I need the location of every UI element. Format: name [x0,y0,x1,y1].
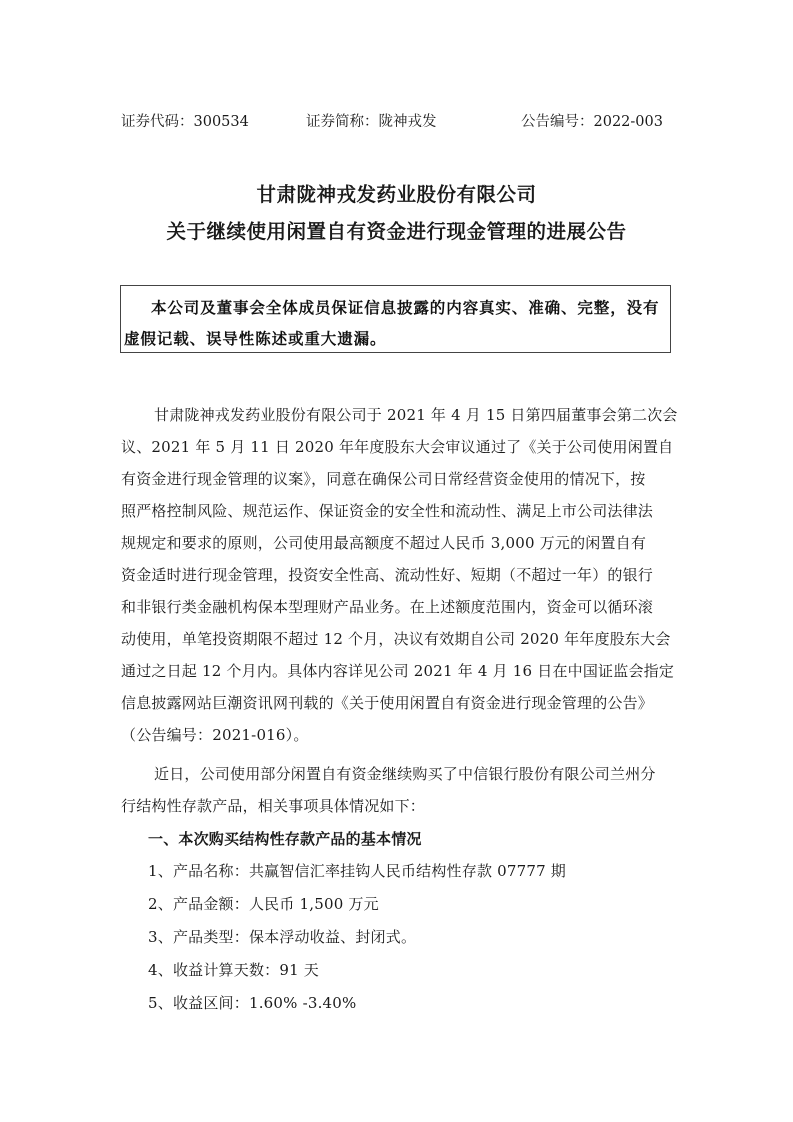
paragraph-line: 照严格控制风险、规范运作、保证资金的安全性和流动性、满足上市公司法律法 [121,500,653,521]
announcement-number: 公告编号：2022-003 [521,110,663,131]
paragraph-line: 有资金进行现金管理的议案》，同意在确保公司日常经营资金使用的情况下，按 [121,468,646,489]
stock-code: 证券代码：300534 [121,110,249,131]
paragraph-line: 规规定和要求的原则，公司使用最高额度不超过人民币 3,000 万元的闲置自有 [121,532,646,553]
notice-line-2: 虚假记载、误导性陈述或重大遗漏。 [124,327,386,349]
notice-line-1: 本公司及董事会全体成员保证信息披露的内容真实、准确、完整，没有 [151,296,659,318]
disclosure-notice-box: 本公司及董事会全体成员保证信息披露的内容真实、准确、完整，没有 虚假记载、误导性… [120,285,671,353]
list-item-product-name: 1、产品名称：共赢智信汇率挂钩人民币结构性存款 07777 期 [148,860,566,881]
paragraph-line: 行结构性存款产品，相关事项具体情况如下： [121,795,425,816]
paragraph-line: 议、2021 年 5 月 11 日 2020 年年度股东大会审议通过了《关于公司… [121,436,673,457]
paragraph-line: 近日，公司使用部分闲置自有资金继续购买了中信银行股份有限公司兰州分 [154,763,656,784]
paragraph-line: 资金适时进行现金管理，投资安全性高、流动性好、短期（不超过一年）的银行 [121,564,653,585]
section-heading-1: 一、本次购买结构性存款产品的基本情况 [148,828,422,849]
list-item-yield-days: 4、收益计算天数：91 天 [148,959,319,980]
list-item-product-type: 3、产品类型：保本浮动收益、封闭式。 [148,926,416,947]
company-title: 甘肃陇神戎发药业股份有限公司 [0,179,793,207]
paragraph-line: 信息披露网站巨潮资讯网刊载的《关于使用闲置自有资金进行现金管理的公告》 [121,692,653,713]
list-item-yield-range: 5、收益区间：1.60% -3.40% [148,992,356,1013]
paragraph-line: 甘肃陇神戎发药业股份有限公司于 2021 年 4 月 15 日第四届董事会第二次… [154,404,678,425]
paragraph-line: 通过之日起 12 个月内。具体内容详见公司 2021 年 4 月 16 日在中国… [121,660,674,681]
paragraph-line: 动使用，单笔投资期限不超过 12 个月，决议有效期自公司 2020 年年度股东大… [121,628,671,649]
announcement-title: 关于继续使用闲置自有资金进行现金管理的进展公告 [0,216,793,244]
document-header: 证券代码：300534 证券简称：陇神戎发 公告编号：2022-003 [121,110,673,130]
stock-abbreviation: 证券简称：陇神戎发 [306,110,437,131]
paragraph-line: （公告编号：2021-016）。 [121,724,309,745]
list-item-product-amount: 2、产品金额：人民币 1,500 万元 [148,893,379,914]
paragraph-line: 和非银行类金融机构保本型理财产品业务。在上述额度范围内，资金可以循环滚 [121,596,653,617]
